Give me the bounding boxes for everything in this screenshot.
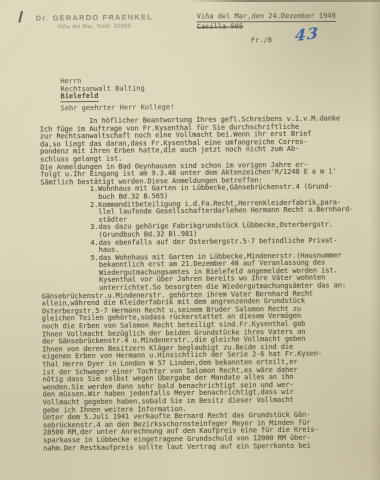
letterhead-address: Viña del Mar, Teléf. 82808 [36, 23, 153, 30]
date-line: Viña del Mar,den 24.Dezember 1949 [197, 12, 336, 22]
handwritten-number: 43 [295, 23, 320, 45]
po-box-line: Casilla 505 [197, 22, 243, 30]
reference-code: Fr./B [251, 35, 336, 44]
letterhead-name: Dr. GERARDO FRAENKEL [36, 12, 153, 22]
letter-body: In höflicher Beantwortung Ihres gefl.Sch… [40, 115, 375, 453]
letter-page: Dr. GERARDO FRAENKEL Viña del Mar, Teléf… [0, 0, 380, 480]
handwritten-slash-mark [18, 11, 22, 23]
body-line: nahm.Der Restkaufpreis sollte laut Vertr… [43, 442, 375, 453]
recipient-lines: HerrnRechtsanwalt Balting [60, 77, 144, 93]
recipient-block: HerrnRechtsanwalt Balting Bielefeld [60, 77, 145, 101]
recipient-city: Bielefeld [60, 93, 98, 102]
salutation: Sehr geehrter Herr Kollege! [61, 103, 175, 112]
letterhead: Dr. GERARDO FRAENKEL Viña del Mar, Teléf… [36, 12, 154, 30]
